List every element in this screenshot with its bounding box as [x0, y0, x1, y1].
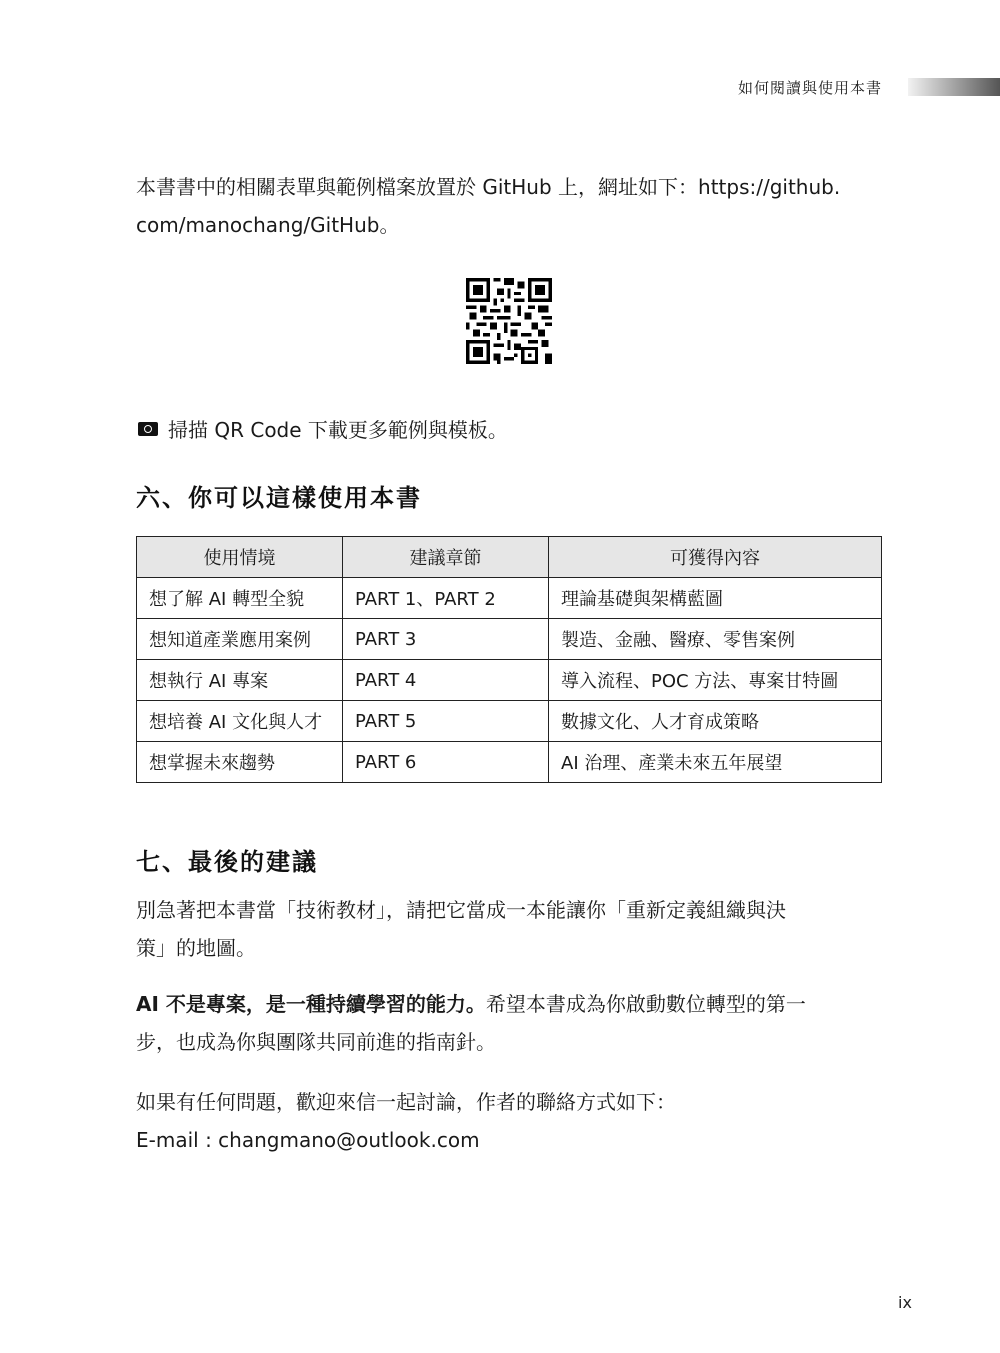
- advice-p2-rest: 希望本書成為你啟動數位轉型的第一: [486, 992, 806, 1016]
- intro-line-1: 本書書中的相關表單與範例檔案放置於 GitHub 上，網址如下：https://…: [136, 168, 886, 206]
- table-cell: AI 治理、產業未來五年展望: [549, 742, 882, 783]
- table-row: 想了解 AI 轉型全貌 PART 1、PART 2 理論基礎與架構藍圖: [137, 578, 882, 619]
- table-row: 想掌握未來趨勢 PART 6 AI 治理、產業未來五年展望: [137, 742, 882, 783]
- usage-table: 使用情境 建議章節 可獲得內容 想了解 AI 轉型全貌 PART 1、PART …: [136, 536, 882, 783]
- table-cell: 想知道產業應用案例: [137, 619, 343, 660]
- advice-p2-line-2: 步，也成為你與團隊共同前進的指南針。: [136, 1023, 886, 1061]
- table-cell: PART 3: [343, 619, 549, 660]
- table-cell: 想培養 AI 文化與人才: [137, 701, 343, 742]
- table-cell: 理論基礎與架構藍圖: [549, 578, 882, 619]
- table-header-cell: 建議章節: [343, 537, 549, 578]
- advice-paragraph-2: AI 不是專案，是一種持續學習的能力。希望本書成為你啟動數位轉型的第一 步，也成…: [136, 985, 886, 1061]
- advice-p1-line-2: 策」的地圖。: [136, 929, 886, 967]
- section-7-heading: 七、最後的建議: [136, 842, 318, 877]
- table-row: 想培養 AI 文化與人才 PART 5 數據文化、人才育成策略: [137, 701, 882, 742]
- table-cell: PART 5: [343, 701, 549, 742]
- table-header-cell: 可獲得內容: [549, 537, 882, 578]
- intro-paragraph: 本書書中的相關表單與範例檔案放置於 GitHub 上，網址如下：https://…: [136, 168, 886, 244]
- table-row: 想知道產業應用案例 PART 3 製造、金融、醫療、零售案例: [137, 619, 882, 660]
- table-cell: 導入流程、POC 方法、專案甘特圖: [549, 660, 882, 701]
- qr-code-icon[interactable]: [466, 278, 552, 364]
- table-cell: 數據文化、人才育成策略: [549, 701, 882, 742]
- table-row: 想執行 AI 專案 PART 4 導入流程、POC 方法、專案甘特圖: [137, 660, 882, 701]
- header-gradient-bar: [908, 78, 1000, 96]
- page-number: ix: [898, 1293, 912, 1312]
- qr-caption: 掃描 QR Code 下載更多範例與模板。: [138, 414, 508, 443]
- section-6-heading: 六、你可以這樣使用本書: [136, 478, 422, 513]
- table-cell: 想了解 AI 轉型全貌: [137, 578, 343, 619]
- table-cell: PART 6: [343, 742, 549, 783]
- table-header-cell: 使用情境: [137, 537, 343, 578]
- advice-p1-line-1: 別急著把本書當「技術教材」，請把它當成一本能讓你「重新定義組織與決: [136, 891, 886, 929]
- table-cell: PART 1、PART 2: [343, 578, 549, 619]
- camera-icon: [138, 422, 158, 436]
- intro-line-2: com/manochang/GitHub。: [136, 206, 886, 244]
- table-cell: 想掌握未來趨勢: [137, 742, 343, 783]
- contact-email[interactable]: E-mail : changmano@outlook.com: [136, 1121, 886, 1159]
- contact-paragraph: 如果有任何問題，歡迎來信一起討論，作者的聯絡方式如下： E-mail : cha…: [136, 1083, 886, 1159]
- advice-p2-emphasis: AI 不是專案，是一種持續學習的能力。: [136, 992, 486, 1016]
- running-title: 如何閱讀與使用本書: [738, 77, 882, 98]
- qr-caption-text: 掃描 QR Code 下載更多範例與模板。: [168, 414, 508, 443]
- table-cell: 製造、金融、醫療、零售案例: [549, 619, 882, 660]
- advice-paragraph-1: 別急著把本書當「技術教材」，請把它當成一本能讓你「重新定義組織與決 策」的地圖。: [136, 891, 886, 967]
- contact-line-1: 如果有任何問題，歡迎來信一起討論，作者的聯絡方式如下：: [136, 1083, 886, 1121]
- table-cell: PART 4: [343, 660, 549, 701]
- table-header-row: 使用情境 建議章節 可獲得內容: [137, 537, 882, 578]
- table-cell: 想執行 AI 專案: [137, 660, 343, 701]
